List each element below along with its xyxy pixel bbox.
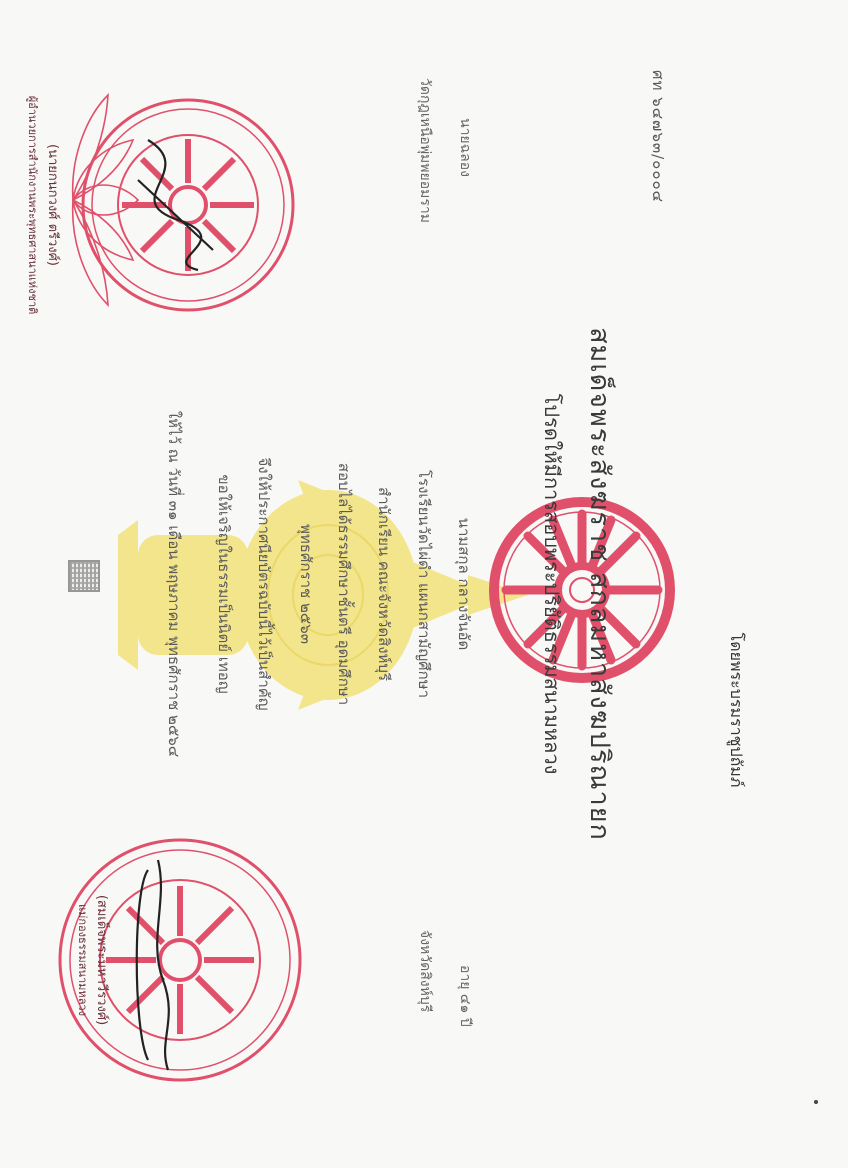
body-line-study-center: สำนักเรียน คณะจังหวัดสิงห์บุรี — [372, 0, 396, 1168]
issuer-title: สมเด็จพระสังฆราช สกลมหาสังฆปริณายก — [579, 0, 622, 1168]
right-signatory-name: (สมเด็จพระมหาวีรวงศ์) — [92, 830, 113, 1090]
serial-number: ศท ๖๔๗๖๓/๐๐๐๔ — [646, 70, 670, 203]
left-signatory-name: (นายกนกวงศ์ ตรีวงศ์) — [43, 80, 64, 330]
body-line-surname: นามสกุล กลางจันอัด — [452, 0, 476, 1168]
lotus-icon — [68, 85, 148, 315]
body-line-school: โรงเรียนวัดไผ่ดำ แผนกสามัญศึกษา — [412, 0, 436, 1168]
left-signatory-title: ผู้อำนวยการสำนักงานพระพุทธศาสนาแห่งชาติ — [24, 60, 42, 350]
certificate-page: โดยพระบรมราชูปถัมภ์ ศท ๖๔๗๖๓/๐๐๐๔ สมเด็จ… — [0, 0, 848, 1168]
qr-code-icon — [68, 560, 100, 592]
scan-speck — [814, 1100, 818, 1104]
right-signatory-title: แม่กองธรรมสนามหลวง — [74, 830, 92, 1090]
body-line-exam-result: สอบไล่ได้ธรรมศึกษาชั้นตรี อุดมศึกษา — [332, 0, 356, 1168]
patronage-text: โดยพระบรมราชูปถัมภ์ — [723, 600, 748, 820]
proclamation-title: โปรดให้มีการสอบพระปริยัติธรรมสนามหลวง — [536, 0, 568, 1168]
